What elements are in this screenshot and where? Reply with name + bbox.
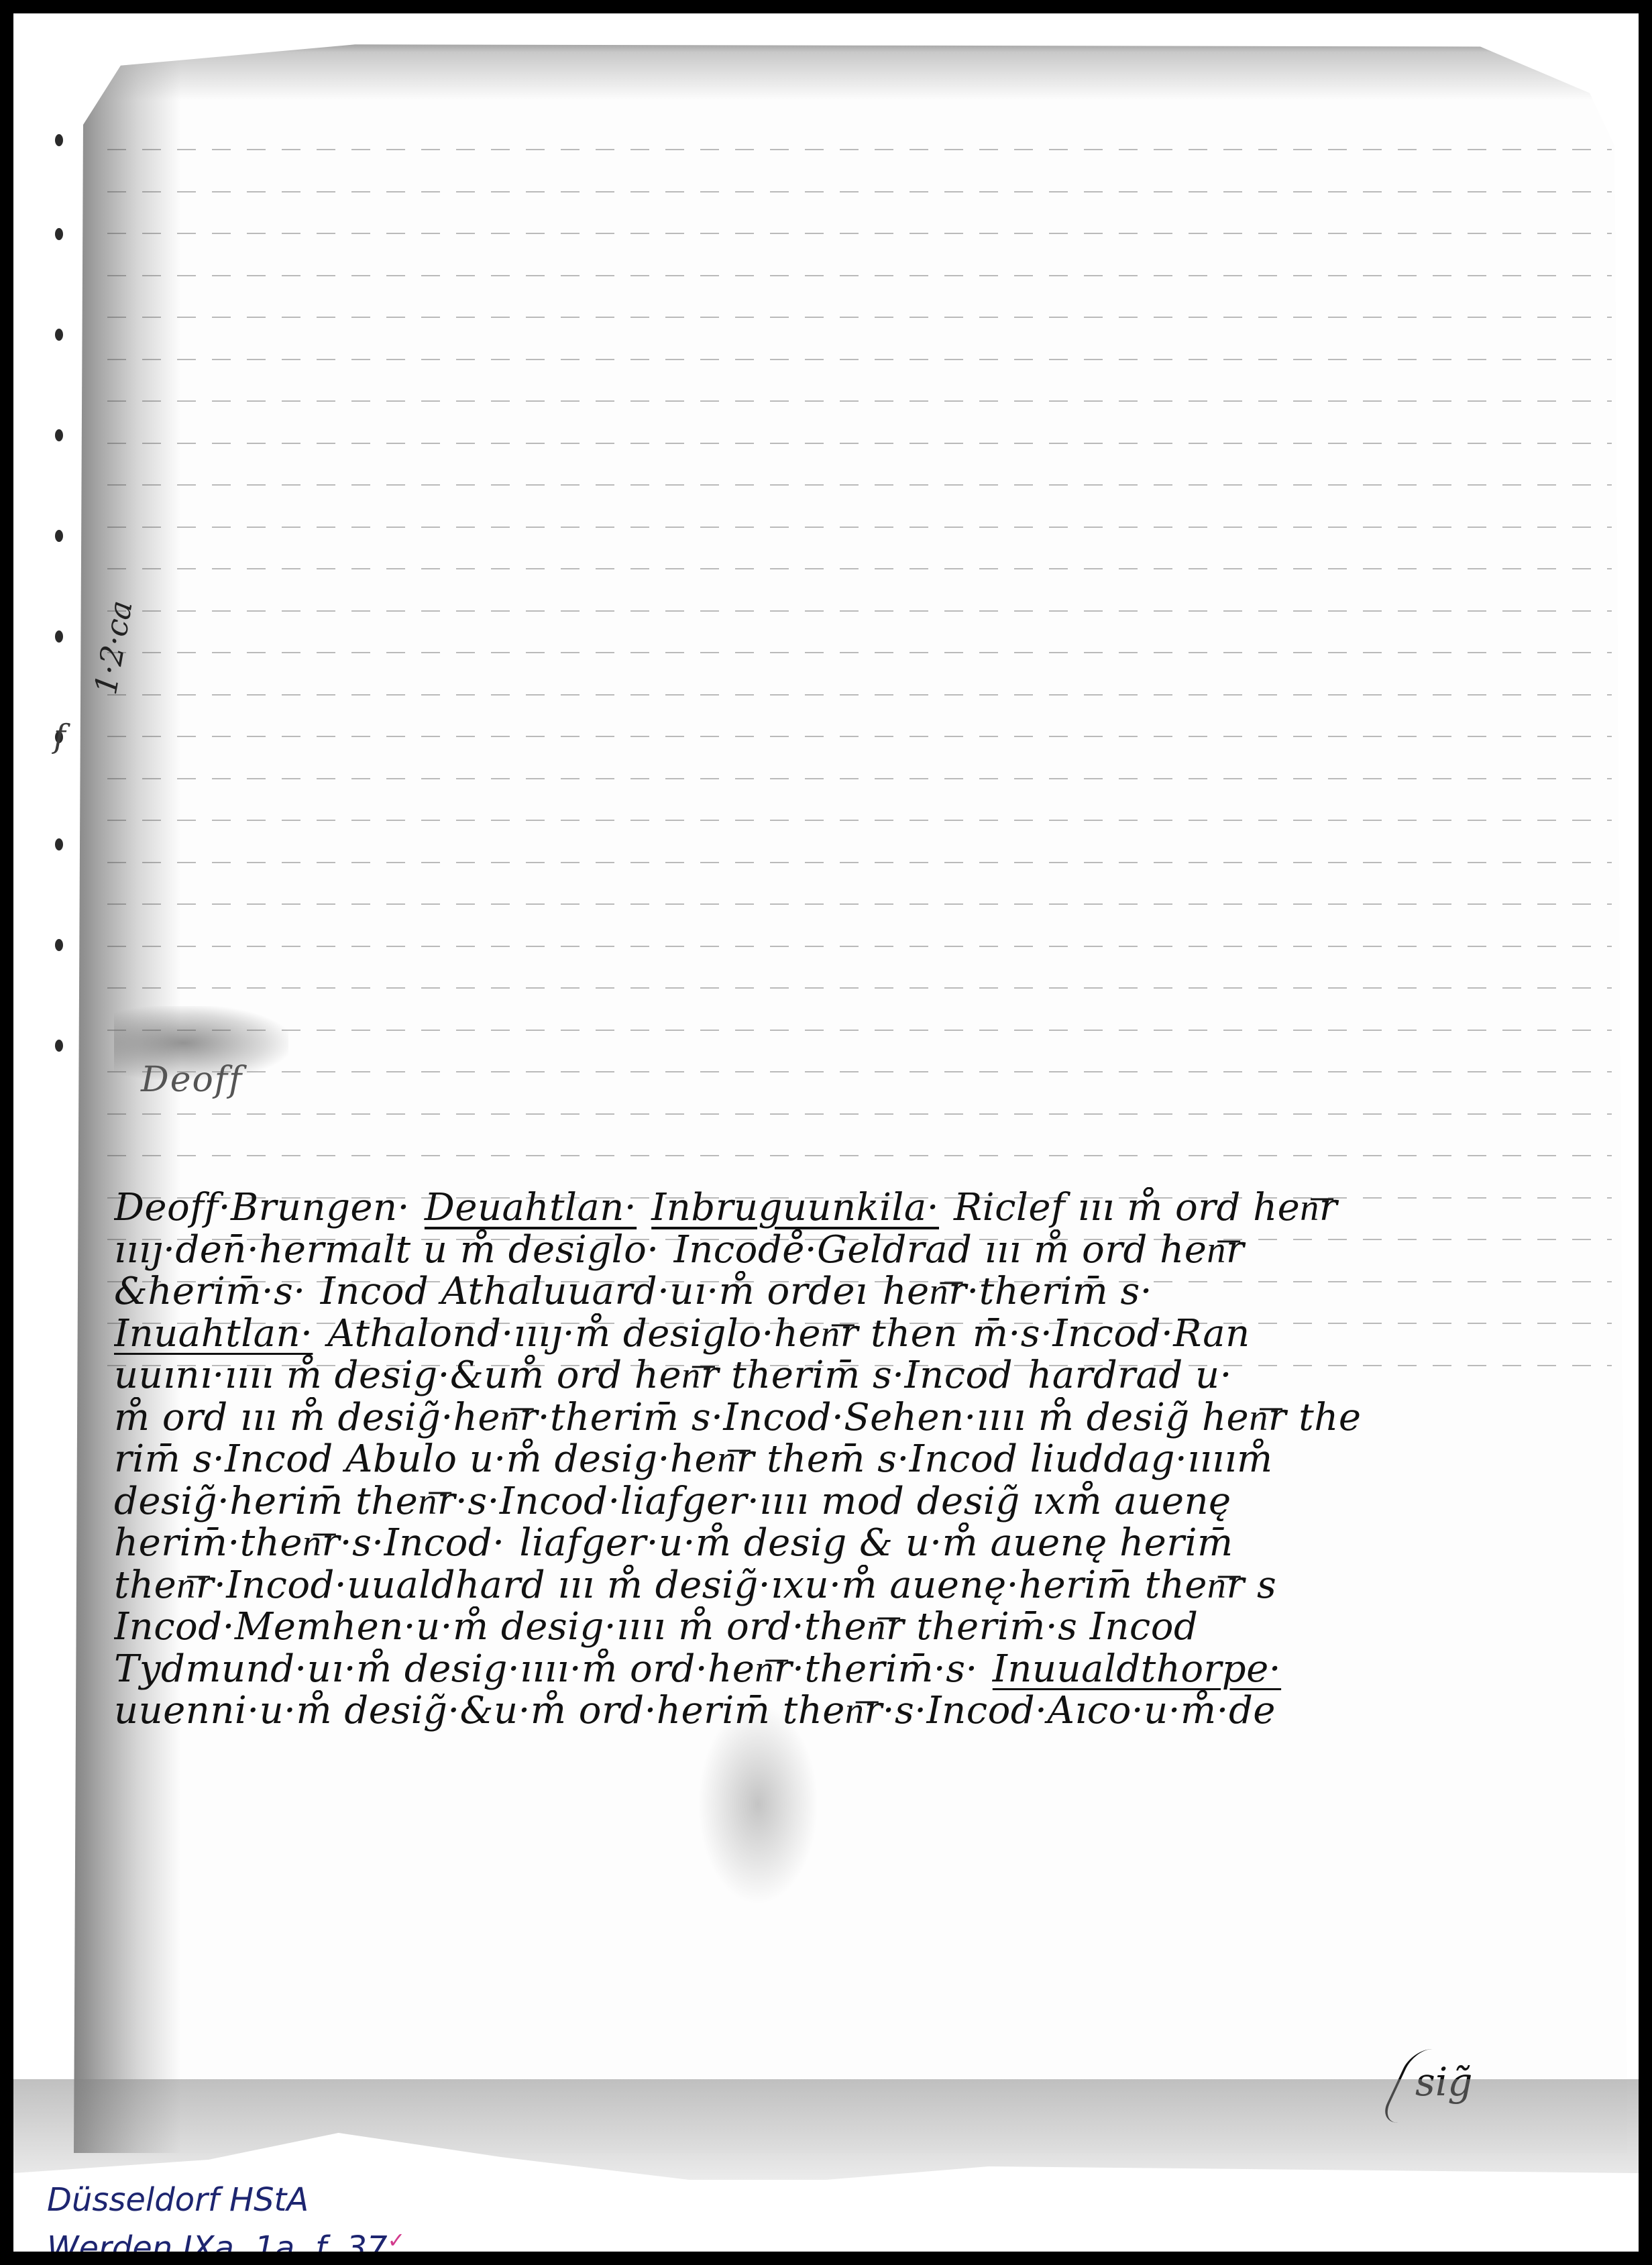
ruling-line: [107, 1071, 1612, 1072]
check-mark-icon: ✓: [388, 2227, 406, 2252]
entry-text: ıııȷ·den̄·hermalt u m̊ desiglo·: [114, 1229, 659, 1272]
ruling-line: [107, 317, 1612, 318]
ruling-line: [107, 484, 1612, 486]
entry-text: Athalond·ıııȷ·m̊ desiglo·hen͞r then: [327, 1313, 958, 1356]
smudged-heading: Deoff: [141, 1060, 243, 1100]
ruling-line: [107, 568, 1612, 569]
ruling-line: [107, 987, 1612, 989]
manuscript-line: &herim̄·s·Incod Athaluuard·uı·m̊ ordeıhe…: [114, 1271, 1639, 1313]
place-name-heading: Inuualdthorpe·: [993, 1649, 1281, 1691]
ruling-line: [107, 149, 1612, 150]
entry-text: Riclef ııı m̊ ord hen͞r: [954, 1187, 1337, 1229]
entry-text: Incode̊·Geldrad ııı m̊ ord hen͞r: [674, 1229, 1245, 1272]
archive-label-line1: Düsseldorf HStA: [47, 2180, 405, 2220]
ruling-line: [107, 1155, 1612, 1156]
manuscript-line: Deoff̄·Brungen·Deuahtlan·Inbruguunkila·R…: [114, 1187, 1639, 1229]
entry-text: desig̃·herim̄ then͞r·s·Incod·liafger·ııı…: [114, 1481, 1231, 1523]
ruling-line: [107, 233, 1612, 234]
archive-label-line2: Werden IXa, 1a, f. 37✓: [47, 2220, 405, 2252]
ruling-line: [107, 443, 1612, 444]
manuscript-line: uuenni·u·m̊ desig̃·&u·m̊ ord·herim̄ then…: [114, 1690, 1639, 1732]
manuscript-line: then͞r·Incod·uualdhard ııı m̊ desig̃·ıxu…: [114, 1565, 1639, 1607]
folio-top-shadow: [74, 40, 1637, 101]
ruling-line: [107, 694, 1612, 696]
entry-text: Incod Athaluuard·uı·m̊ ordeı: [321, 1271, 868, 1313]
ruling-line: [107, 275, 1612, 276]
entry-text: &herim̄·s·: [114, 1271, 306, 1313]
ruling-line: [107, 736, 1612, 737]
ruling-line: [107, 903, 1612, 905]
manuscript-line: rim̄ s·Incod Abulo u·m̊ desig·hen͞r them…: [114, 1439, 1639, 1481]
entry-text: m̊ ord ııı m̊ desig̃·hen͞r·therim̄ s·Inc…: [114, 1397, 1361, 1439]
manuscript-text-block: Deoff̄·Brungen·Deuahtlan·Inbruguunkila·R…: [114, 1187, 1639, 1732]
ruling-line: [107, 1030, 1612, 1031]
entry-text: rim̄ s·Incod Abulo u·m̊ desig·hen͞r them…: [114, 1439, 1273, 1481]
entry-text: Incod·Memhen·u·m̊ desig·ıııı m̊ ord·then…: [114, 1606, 1198, 1649]
archive-shelfmark: Werden IXa, 1a, f. 37: [47, 2229, 388, 2252]
entry-text: Tydmund·uı·m̊ desig·ıııı·m̊ ord·hen͞r·th…: [114, 1649, 978, 1691]
prick-marks: [55, 134, 75, 1140]
manuscript-line: ıııȷ·den̄·hermalt u m̊ desiglo·Incode̊·G…: [114, 1229, 1639, 1272]
entry-text: hardrad u·: [1028, 1355, 1232, 1397]
entry-text: uuenni·u·m̊ desig̃·&u·m̊ ord·herim̄ then…: [114, 1690, 1276, 1732]
place-name-heading: Inbruguunkila·: [651, 1187, 939, 1229]
entry-text: liafger·u·m̊ desig & u·m̊ auenę herim̄: [520, 1523, 1233, 1565]
manuscript-line: m̊ ord ııı m̊ desig̃·hen͞r·therim̄ s·Inc…: [114, 1397, 1639, 1439]
ruling-line: [107, 946, 1612, 947]
entry-text: m̄·s·Incod·Ran: [973, 1313, 1250, 1356]
entry-text: Deoff̄·Brungen·: [114, 1187, 410, 1229]
manuscript-line: desig̃·herim̄ then͞r·s·Incod·liafger·ııı…: [114, 1481, 1639, 1523]
ruling-line: [107, 191, 1612, 192]
manuscript-line: Inuahtlan·Athalond·ıııȷ·m̊ desiglo·hen͞r…: [114, 1313, 1639, 1356]
manuscript-line: Incod·Memhen·u·m̊ desig·ıııı m̊ ord·then…: [114, 1606, 1639, 1649]
ruling-line: [107, 1113, 1612, 1115]
manuscript-line: uuını·ıııı m̊ desig·&um̊ ord hen͞r theri…: [114, 1355, 1639, 1397]
entry-text: hen͞r·therim̄ s·: [882, 1271, 1152, 1313]
ruling-line: [107, 820, 1612, 821]
entry-text: herim̄·then͞r·s·Incod·: [114, 1523, 505, 1565]
ruling-line: [107, 862, 1612, 863]
ruling-line: [107, 652, 1612, 653]
ruling-line: [107, 359, 1612, 360]
margin-letter-f: f: [54, 718, 66, 755]
ruling-line: [107, 778, 1612, 779]
entry-text: then͞r·Incod·uualdhard ııı m̊ desig̃·ıxu…: [114, 1565, 1276, 1607]
archive-label: Düsseldorf HStA Werden IXa, 1a, f. 37✓: [47, 2180, 405, 2252]
place-name-heading: Inuahtlan·: [114, 1313, 313, 1356]
manuscript-line: herim̄·then͞r·s·Incod·liafger·u·m̊ desig…: [114, 1523, 1639, 1565]
manuscript-folio: [74, 40, 1637, 2153]
ruling-line: [107, 400, 1612, 402]
ink-stain: [698, 1704, 818, 1905]
manuscript-line: Tydmund·uı·m̊ desig·ıııı·m̊ ord·hen͞r·th…: [114, 1649, 1639, 1691]
folio-right-edge: [1627, 101, 1637, 2153]
photo-frame: f 1·2·ca Deoff Deoff̄·Brungen·Deuahtlan·…: [13, 13, 1639, 2252]
ruling-line: [107, 527, 1612, 528]
ruling-line: [107, 610, 1612, 612]
place-name-heading: Deuahtlan·: [425, 1187, 637, 1229]
entry-text: uuını·ıııı m̊ desig·&um̊ ord hen͞r theri…: [114, 1355, 1013, 1397]
